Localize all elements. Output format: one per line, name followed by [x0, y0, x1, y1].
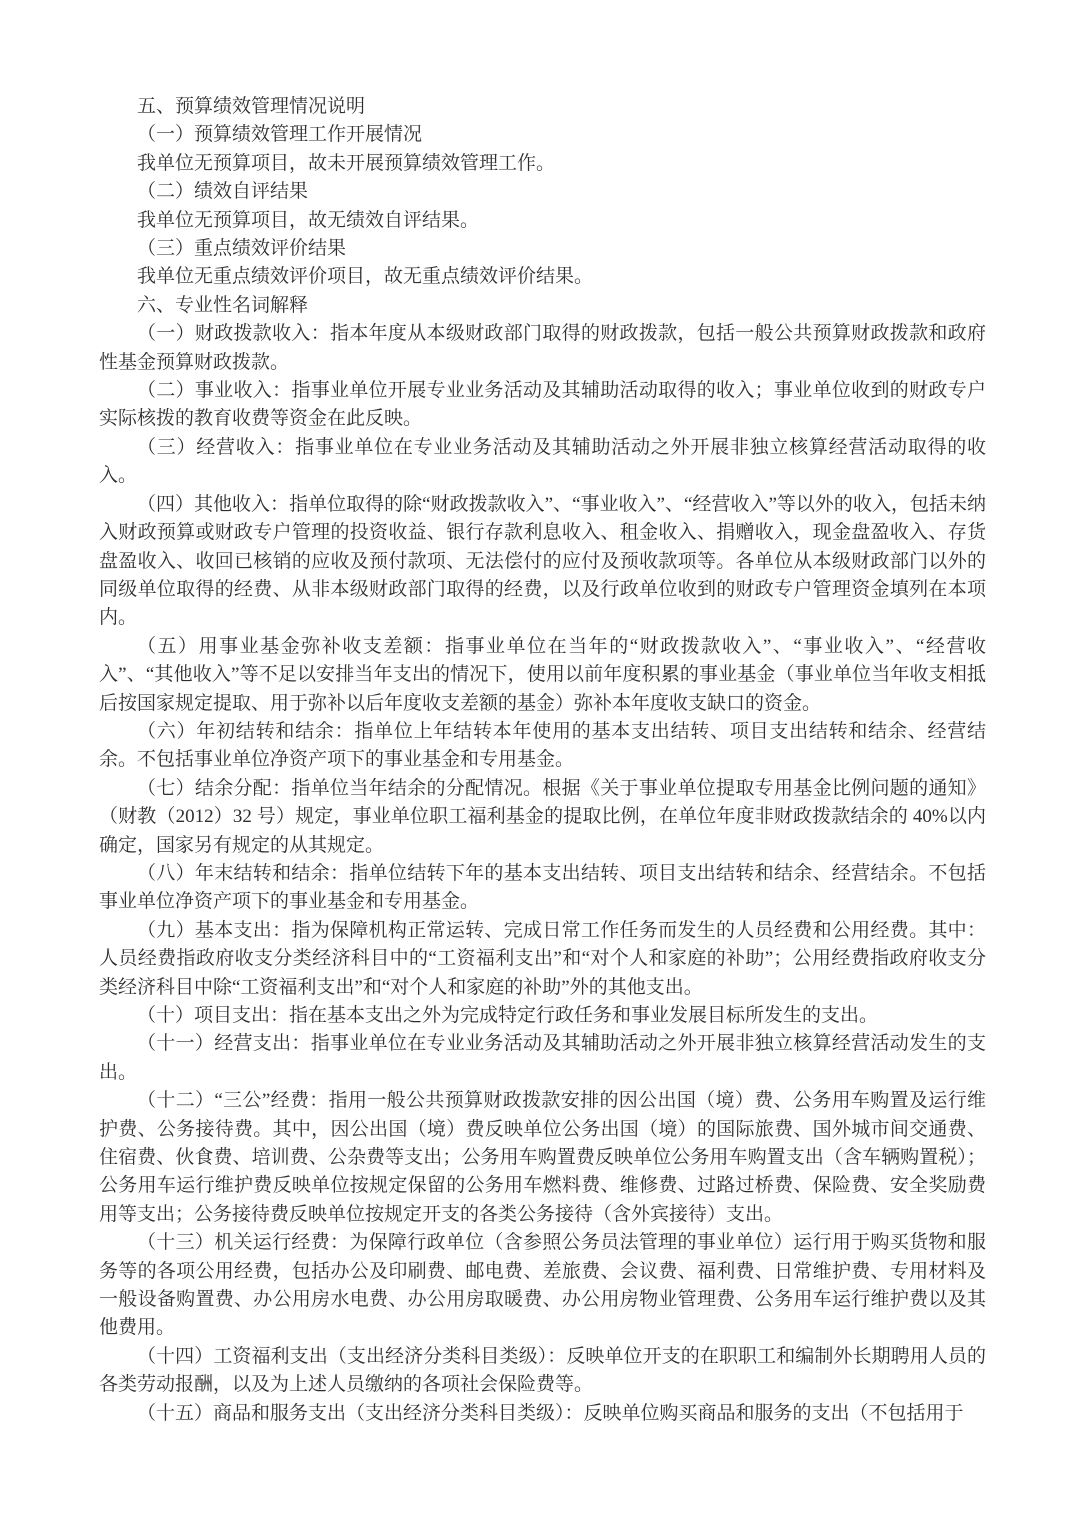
paragraph: （九）基本支出：指为保障机构正常运转、完成日常工作任务而发生的人员经费和公用经费…	[99, 917, 986, 1002]
paragraph: （二）事业收入：指事业单位开展专业业务活动及其辅助活动取得的收入；事业单位收到的…	[99, 377, 986, 434]
paragraph: 我单位无预算项目，故无绩效自评结果。	[99, 207, 986, 235]
paragraph: （一）财政拨款收入：指本年度从本级财政部门取得的财政拨款，包括一般公共预算财政拨…	[99, 320, 986, 377]
paragraph: （二）绩效自评结果	[99, 178, 986, 206]
paragraph: （十三）机关运行经费：为保障行政单位（含参照公务员法管理的事业单位）运行用于购买…	[99, 1229, 986, 1343]
document-page: 五、预算绩效管理情况说明（一）预算绩效管理工作开展情况我单位无预算项目，故未开展…	[0, 0, 1074, 1520]
paragraph: （十四）工资福利支出（支出经济分类科目类级）：反映单位开支的在职职工和编制外长期…	[99, 1343, 986, 1400]
paragraph: 我单位无预算项目，故未开展预算绩效管理工作。	[99, 150, 986, 178]
paragraph: （三）重点绩效评价结果	[99, 235, 986, 263]
paragraph: （六）年初结转和结余：指单位上年结转本年使用的基本支出结转、项目支出结转和结余、…	[99, 718, 986, 775]
paragraph: （七）结余分配：指单位当年结余的分配情况。根据《关于事业单位提取专用基金比例问题…	[99, 775, 986, 860]
paragraph: （八）年末结转和结余：指单位结转下年的基本支出结转、项目支出结转和结余、经营结余…	[99, 860, 986, 917]
paragraph: （十五）商品和服务支出（支出经济分类科目类级）：反映单位购买商品和服务的支出（不…	[99, 1400, 986, 1428]
paragraph: （十二）“三公”经费：指用一般公共预算财政拨款安排的因公出国（境）费、公务用车购…	[99, 1087, 986, 1229]
paragraph: 五、预算绩效管理情况说明	[99, 93, 986, 121]
paragraph: 六、专业性名词解释	[99, 292, 986, 320]
paragraph: （四）其他收入：指单位取得的除“财政拨款收入”、“事业收入”、“经营收入”等以外…	[99, 491, 986, 633]
paragraph: （五）用事业基金弥补收支差额：指事业单位在当年的“财政拨款收入”、“事业收入”、…	[99, 633, 986, 718]
paragraph: （一）预算绩效管理工作开展情况	[99, 121, 986, 149]
paragraph: （十）项目支出：指在基本支出之外为完成特定行政任务和事业发展目标所发生的支出。	[99, 1002, 986, 1030]
paragraph: （三）经营收入：指事业单位在专业业务活动及其辅助活动之外开展非独立核算经营活动取…	[99, 434, 986, 491]
document-body: 五、预算绩效管理情况说明（一）预算绩效管理工作开展情况我单位无预算项目，故未开展…	[99, 93, 986, 1428]
paragraph: 我单位无重点绩效评价项目，故无重点绩效评价结果。	[99, 263, 986, 291]
paragraph: （十一）经营支出：指事业单位在专业业务活动及其辅助活动之外开展非独立核算经营活动…	[99, 1030, 986, 1087]
